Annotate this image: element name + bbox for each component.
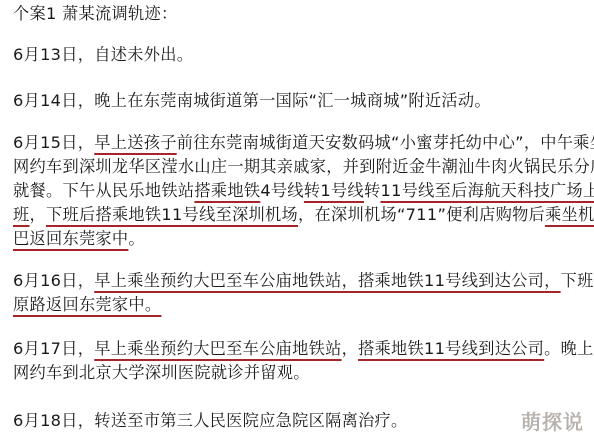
entry-text: 4号线 (260, 181, 304, 200)
entry-jun16-line1: 6月16日，早上乘坐预约大巴至车公庙地铁站，搭乘地铁11号线到达公司，下班后 (13, 269, 594, 293)
entry-text: 转送至市第三人民医院应急院区隔离治疗。 (94, 411, 407, 430)
entry-jun15-line1: 6月15日，早上送孩子前往东莞南城街道天安数码城“小蜜芽托幼中心”，中午乘坐 (13, 131, 594, 155)
entry-text: 下班后 (561, 271, 594, 290)
entry-text: 。 (128, 229, 145, 248)
highlighted-text: 班 (13, 205, 30, 224)
entry-text: ， (342, 339, 359, 358)
entry-date: 6月17日， (13, 339, 94, 358)
entry-date: 6月13日， (13, 45, 94, 64)
document-title: 个案1 萧某流调轨迹： (13, 2, 177, 26)
entry-jun18: 6月18日，转送至市第三人民医院应急院区隔离治疗。 (13, 409, 408, 433)
highlighted-text: 早上乘坐预约大巴至车公庙地铁站 (94, 339, 341, 358)
entry-jun15-line2: 网约车到深圳龙华区滢水山庄一期其亲戚家，并到附近金牛潮汕牛肉火锅民乐分店 (13, 155, 594, 179)
highlighted-text: 原路返回东莞家中。 (13, 295, 161, 314)
entry-jun15-line5: 巴返回东莞家中。 (13, 227, 145, 251)
highlighted-text: 下班后搭乘地铁11号线至深圳机场 (46, 205, 298, 224)
entry-jun15-line4: 班，下班后搭乘地铁11号线至深圳机场，在深圳机场“711”便利店购物后乘坐机场大 (13, 203, 594, 227)
entry-text: ， (30, 205, 47, 224)
entry-text: 就餐。下午从民乐地铁站 (13, 181, 194, 200)
entry-text: 晚上在东莞南城街道第一国际“汇一城商城”附近活动。 (94, 91, 491, 110)
entry-jun16-line2: 原路返回东莞家中。 (13, 293, 161, 317)
entry-jun13: 6月13日，自述未外出。 (13, 43, 193, 67)
highlighted-text: 搭乘地铁11号线到达公司 (358, 339, 544, 358)
entry-date: 6月15日， (13, 133, 94, 152)
entry-text: 。晚上乘坐 (544, 339, 594, 358)
highlighted-text: 11号线至后海航天科技广场上 (380, 181, 594, 200)
entry-text: 前往东莞南城街道天安数码城“小蜜芽托幼中心”，中午乘坐 (177, 133, 594, 152)
entry-text: 网约车到北京大学深圳医院就诊并留观。 (13, 363, 310, 382)
highlighted-text: 早上送孩子 (94, 133, 176, 152)
entry-text: 自述未外出。 (94, 45, 193, 64)
highlighted-text: 早上乘坐预约大巴至车公庙地铁站，搭乘地铁11号线到达公司， (94, 271, 560, 290)
entry-date: 6月16日， (13, 271, 94, 290)
entry-jun17-line2: 网约车到北京大学深圳医院就诊并留观。 (13, 361, 310, 385)
highlighted-text: 搭乘地铁 (194, 181, 260, 200)
entry-jun14: 6月14日，晚上在东莞南城街道第一国际“汇一城商城”附近活动。 (13, 89, 491, 113)
entry-date: 6月14日， (13, 91, 94, 110)
highlighted-text: 转1号线 (304, 181, 364, 200)
highlighted-text: 乘坐机场大 (545, 205, 594, 224)
entry-text: ，在深圳机场“711”便利店购物后 (298, 205, 545, 224)
entry-text: 网约车到深圳龙华区滢水山庄一期其亲戚家，并到附近金牛潮汕牛肉火锅民乐分店 (13, 157, 594, 176)
highlighted-text: 巴返回东莞家中 (13, 229, 128, 248)
entry-date: 6月18日， (13, 411, 94, 430)
entry-jun15-line3: 就餐。下午从民乐地铁站搭乘地铁4号线转1号线转11号线至后海航天科技广场上 (13, 179, 594, 203)
entry-jun17-line1: 6月17日，早上乘坐预约大巴至车公庙地铁站，搭乘地铁11号线到达公司。晚上乘坐 (13, 337, 594, 361)
watermark-logo: 萌探说 (521, 406, 584, 435)
entry-text: 转 (364, 181, 381, 200)
